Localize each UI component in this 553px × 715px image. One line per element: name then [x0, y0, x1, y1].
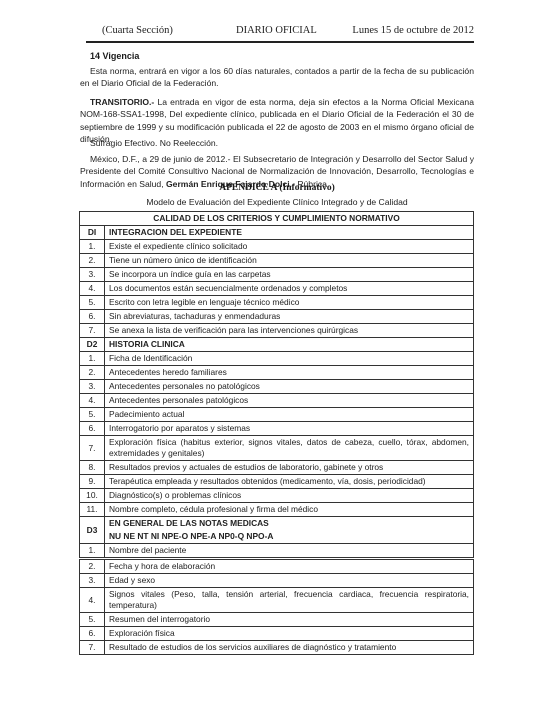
- section-code: D2: [80, 338, 105, 352]
- row-criterion: Resultados previos y actuales de estudio…: [105, 461, 474, 475]
- running-head: (Cuarta Sección) DIARIO OFICIAL Lunes 15…: [86, 25, 474, 39]
- row-number: 5.: [80, 296, 105, 310]
- table-row: 4.Signos vitales (Peso, talla, tensión a…: [80, 588, 474, 613]
- row-number: 2.: [80, 254, 105, 268]
- section-heading: HISTORIA CLINICA: [105, 338, 474, 352]
- appendix-subtitle: Modelo de Evaluación del Expediente Clín…: [80, 197, 474, 207]
- row-number: 10.: [80, 489, 105, 503]
- row-criterion: Padecimiento actual: [105, 408, 474, 422]
- table-row: 3.Edad y sexo: [80, 574, 474, 588]
- row-criterion: Diagnóstico(s) o problemas clínicos: [105, 489, 474, 503]
- row-criterion: Antecedentes personales no patológicos: [105, 380, 474, 394]
- row-criterion: Interrogatorio por aparatos y sistemas: [105, 422, 474, 436]
- row-criterion: Tiene un número único de identificación: [105, 254, 474, 268]
- row-number: 3.: [80, 574, 105, 588]
- section-header-row: D2HISTORIA CLINICA: [80, 338, 474, 352]
- row-number: 1.: [80, 544, 105, 559]
- section-header-row: DIINTEGRACION DEL EXPEDIENTE: [80, 226, 474, 240]
- table-row: 6.Sin abreviaturas, tachaduras y enmenda…: [80, 310, 474, 324]
- section-header-row: D3EN GENERAL DE LAS NOTAS MEDICAS: [80, 517, 474, 531]
- row-number: 8.: [80, 461, 105, 475]
- row-criterion: Nombre completo, cédula profesional y fi…: [105, 503, 474, 517]
- row-criterion: Se incorpora un índice guía en las carpe…: [105, 268, 474, 282]
- row-criterion: Resultado de estudios de los servicios a…: [105, 641, 474, 655]
- table-row: 7.Se anexa la lista de verificación para…: [80, 324, 474, 338]
- table-row: 6.Interrogatorio por aparatos y sistemas: [80, 422, 474, 436]
- row-criterion: Fecha y hora de elaboración: [105, 559, 474, 574]
- row-number: 2.: [80, 559, 105, 574]
- row-criterion: Los documentos están secuencialmente ord…: [105, 282, 474, 296]
- row-criterion: Resumen del interrogatorio: [105, 613, 474, 627]
- table-row: 3.Se incorpora un índice guía en las car…: [80, 268, 474, 282]
- section-heading: EN GENERAL DE LAS NOTAS MEDICAS: [105, 517, 474, 531]
- table-row: 4.Antecedentes personales patológicos: [80, 394, 474, 408]
- transitorio-label: TRANSITORIO.-: [90, 97, 154, 107]
- row-number: 9.: [80, 475, 105, 489]
- row-criterion: Exploración física: [105, 627, 474, 641]
- row-criterion: Se anexa la lista de verificación para l…: [105, 324, 474, 338]
- document-page: (Cuarta Sección) DIARIO OFICIAL Lunes 15…: [0, 0, 553, 715]
- table-row: 6.Exploración física: [80, 627, 474, 641]
- table-row: 2.Tiene un número único de identificació…: [80, 254, 474, 268]
- section-subheading: NU NE NT NI NPE-O NPE-A NP0-Q NPO-A: [105, 530, 474, 544]
- row-criterion: Sin abreviaturas, tachaduras y enmendadu…: [105, 310, 474, 324]
- row-criterion: Escrito con letra legible en lenguaje té…: [105, 296, 474, 310]
- row-criterion: Exploración física (habitus exterior, si…: [105, 436, 474, 461]
- row-number: 7.: [80, 641, 105, 655]
- row-criterion: Terapéutica empleada y resultados obteni…: [105, 475, 474, 489]
- table-row: 7.Resultado de estudios de los servicios…: [80, 641, 474, 655]
- table-row: 1.Existe el expediente clínico solicitad…: [80, 240, 474, 254]
- table-row: 3.Antecedentes personales no patológicos: [80, 380, 474, 394]
- row-number: 4.: [80, 282, 105, 296]
- row-number: 2.: [80, 366, 105, 380]
- row-number: 7.: [80, 324, 105, 338]
- table-row: 1.Ficha de Identificación: [80, 352, 474, 366]
- row-number: 1.: [80, 240, 105, 254]
- row-number: 5.: [80, 408, 105, 422]
- header-rule: [86, 41, 474, 43]
- table-row: 10.Diagnóstico(s) o problemas clínicos: [80, 489, 474, 503]
- row-criterion: Ficha de Identificación: [105, 352, 474, 366]
- table-row: 8.Resultados previos y actuales de estud…: [80, 461, 474, 475]
- row-number: 11.: [80, 503, 105, 517]
- sufragio-paragraph: Sufragio Efectivo. No Reelección.: [80, 137, 474, 149]
- running-head-date: Lunes 15 de octubre de 2012: [352, 25, 474, 36]
- row-criterion: Edad y sexo: [105, 574, 474, 588]
- table-title: CALIDAD DE LOS CRITERIOS Y CUMPLIMIENTO …: [80, 212, 474, 226]
- table-row: 2.Antecedentes heredo familiares: [80, 366, 474, 380]
- section-title: 14 Vigencia: [90, 51, 139, 61]
- table-row: 2.Fecha y hora de elaboración: [80, 559, 474, 574]
- row-number: 4.: [80, 588, 105, 613]
- row-number: 1.: [80, 352, 105, 366]
- row-criterion: Antecedentes personales patológicos: [105, 394, 474, 408]
- appendix-title: APENDICE A (Informativo): [80, 183, 474, 193]
- table-row: 4.Los documentos están secuencialmente o…: [80, 282, 474, 296]
- table-row: 5.Padecimiento actual: [80, 408, 474, 422]
- table-row: 5.Resumen del interrogatorio: [80, 613, 474, 627]
- running-head-publication: DIARIO OFICIAL: [236, 25, 317, 36]
- row-criterion: Existe el expediente clínico solicitado: [105, 240, 474, 254]
- table-row: 9.Terapéutica empleada y resultados obte…: [80, 475, 474, 489]
- row-number: 6.: [80, 627, 105, 641]
- section-subheading-row: NU NE NT NI NPE-O NPE-A NP0-Q NPO-A: [80, 530, 474, 544]
- row-number: 7.: [80, 436, 105, 461]
- table-row: 7.Exploración física (habitus exterior, …: [80, 436, 474, 461]
- row-number: 3.: [80, 380, 105, 394]
- row-number: 6.: [80, 422, 105, 436]
- vigencia-text: Esta norma, entrará en vigor a los 60 dí…: [80, 65, 474, 90]
- section-heading: INTEGRACION DEL EXPEDIENTE: [105, 226, 474, 240]
- row-number: 4.: [80, 394, 105, 408]
- row-number: 3.: [80, 268, 105, 282]
- row-number: 6.: [80, 310, 105, 324]
- evaluation-table: CALIDAD DE LOS CRITERIOS Y CUMPLIMIENTO …: [79, 211, 474, 655]
- sufragio-text: Sufragio Efectivo. No Reelección.: [80, 137, 474, 149]
- row-criterion: Nombre del paciente: [105, 544, 474, 559]
- table-row: 11.Nombre completo, cédula profesional y…: [80, 503, 474, 517]
- row-criterion: Antecedentes heredo familiares: [105, 366, 474, 380]
- vigencia-paragraph: Esta norma, entrará en vigor a los 60 dí…: [80, 65, 474, 90]
- section-code: D3: [80, 517, 105, 544]
- section-code: DI: [80, 226, 105, 240]
- table-row: 1.Nombre del paciente: [80, 544, 474, 559]
- row-criterion: Signos vitales (Peso, talla, tensión art…: [105, 588, 474, 613]
- table-title-row: CALIDAD DE LOS CRITERIOS Y CUMPLIMIENTO …: [80, 212, 474, 226]
- row-number: 5.: [80, 613, 105, 627]
- running-head-section: (Cuarta Sección): [102, 25, 173, 36]
- table-row: 5.Escrito con letra legible en lenguaje …: [80, 296, 474, 310]
